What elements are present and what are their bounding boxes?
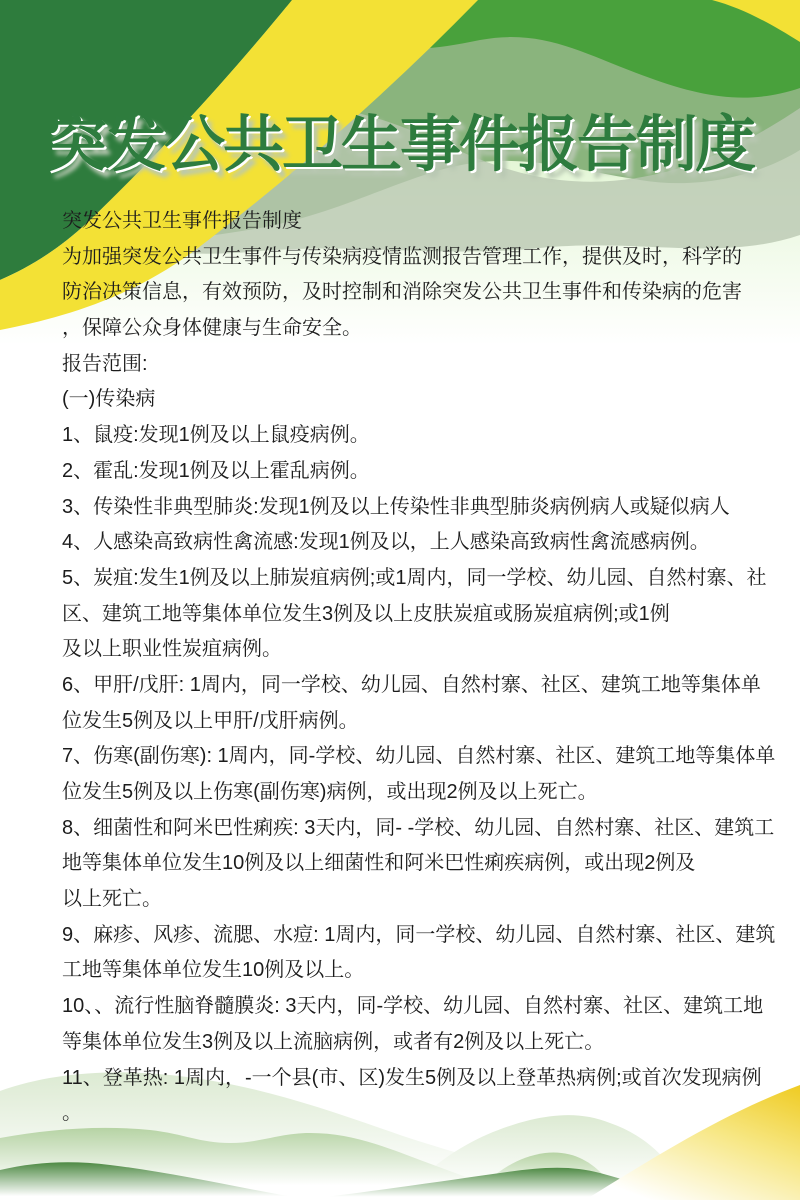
body-line: 4、人感染高致病性禽流感:发现1例及以，上人感染高致病性禽流感病例。 — [62, 525, 775, 561]
body-line: 及以上职业性炭疽病例。 — [62, 632, 775, 668]
body-line: 7、伤寒(副伤寒): 1周内，同-学校、幼儿园、自然村寨、社区、建筑工地等集体单 — [62, 739, 775, 775]
body-line: 地等集体单位发生10例及以上细菌性和阿米巴性痢疾病例，或出现2例及 — [62, 846, 775, 882]
body-line: 位发生5例及以上伤寒(副伤寒)病例，或出现2例及以上死亡。 — [62, 775, 775, 811]
body-line: 9、麻疹、风疹、流腮、水痘: 1周内，同一学校、幼儿园、自然村寨、社区、建筑 — [62, 918, 775, 954]
body-line: 3、传染性非典型肺炎:发现1例及以上传染性非典型肺炎病例病人或疑似病人 — [62, 490, 775, 526]
body-line: 区、建筑工地等集体单位发生3例及以上皮肤炭疽或肠炭疽病例;或1例 — [62, 597, 775, 633]
body-line: 以上死亡。 — [62, 882, 775, 918]
body-line: 突发公共卫生事件报告制度 — [62, 204, 775, 240]
body-line: 8、细菌性和阿米巴性痢疾: 3天内，同- -学校、幼儿园、自然村寨、社区、建筑工 — [62, 811, 775, 847]
body-line: 位发生5例及以上甲肝/戊肝病例。 — [62, 704, 775, 740]
body-line: 工地等集体单位发生10例及以上。 — [62, 953, 775, 989]
body-text: 突发公共卫生事件报告制度为加强突发公共卫生事件与传染病疫情监测报告管理工作，提供… — [62, 204, 775, 1132]
body-line: 10、、流行性脑脊髓膜炎: 3天内，同-学校、幼儿园、自然村寨、社区、建筑工地 — [62, 989, 775, 1025]
body-line: 1、鼠疫:发现1例及以上鼠疫病例。 — [62, 418, 775, 454]
body-line: 等集体单位发生3例及以上流脑病例，或者有2例及以上死亡。 — [62, 1025, 775, 1061]
body-line: 。 — [62, 1096, 775, 1132]
body-line: 为加强突发公共卫生事件与传染病疫情监测报告管理工作，提供及时，科学的 — [62, 240, 775, 276]
body-line: 防治决策信息，有效预防，及时控制和消除突发公共卫生事件和传染病的危害 — [62, 275, 775, 311]
poster-title: 突发公共卫生事件报告制度 — [0, 96, 800, 183]
poster-page: 突发公共卫生事件报告制度 突发公共卫生事件报告制度为加强突发公共卫生事件与传染病… — [0, 0, 800, 1200]
body-line: (一)传染病 — [62, 382, 775, 418]
body-line: 11、登革热: 1周内，-一个县(市、区)发生5例及以上登革热病例;或首次发现病… — [62, 1061, 775, 1097]
body-line: 5、炭疽:发生1例及以上肺炭疽病例;或1周内，同一学校、幼儿园、自然村寨、社 — [62, 561, 775, 597]
body-line: 6、甲肝/戊肝: 1周内，同一学校、幼儿园、自然村寨、社区、建筑工地等集体单 — [62, 668, 775, 704]
body-line: ，保障公众身体健康与生命安全。 — [62, 311, 775, 347]
body-line: 报告范围: — [62, 347, 775, 383]
body-line: 2、霍乱:发现1例及以上霍乱病例。 — [62, 454, 775, 490]
